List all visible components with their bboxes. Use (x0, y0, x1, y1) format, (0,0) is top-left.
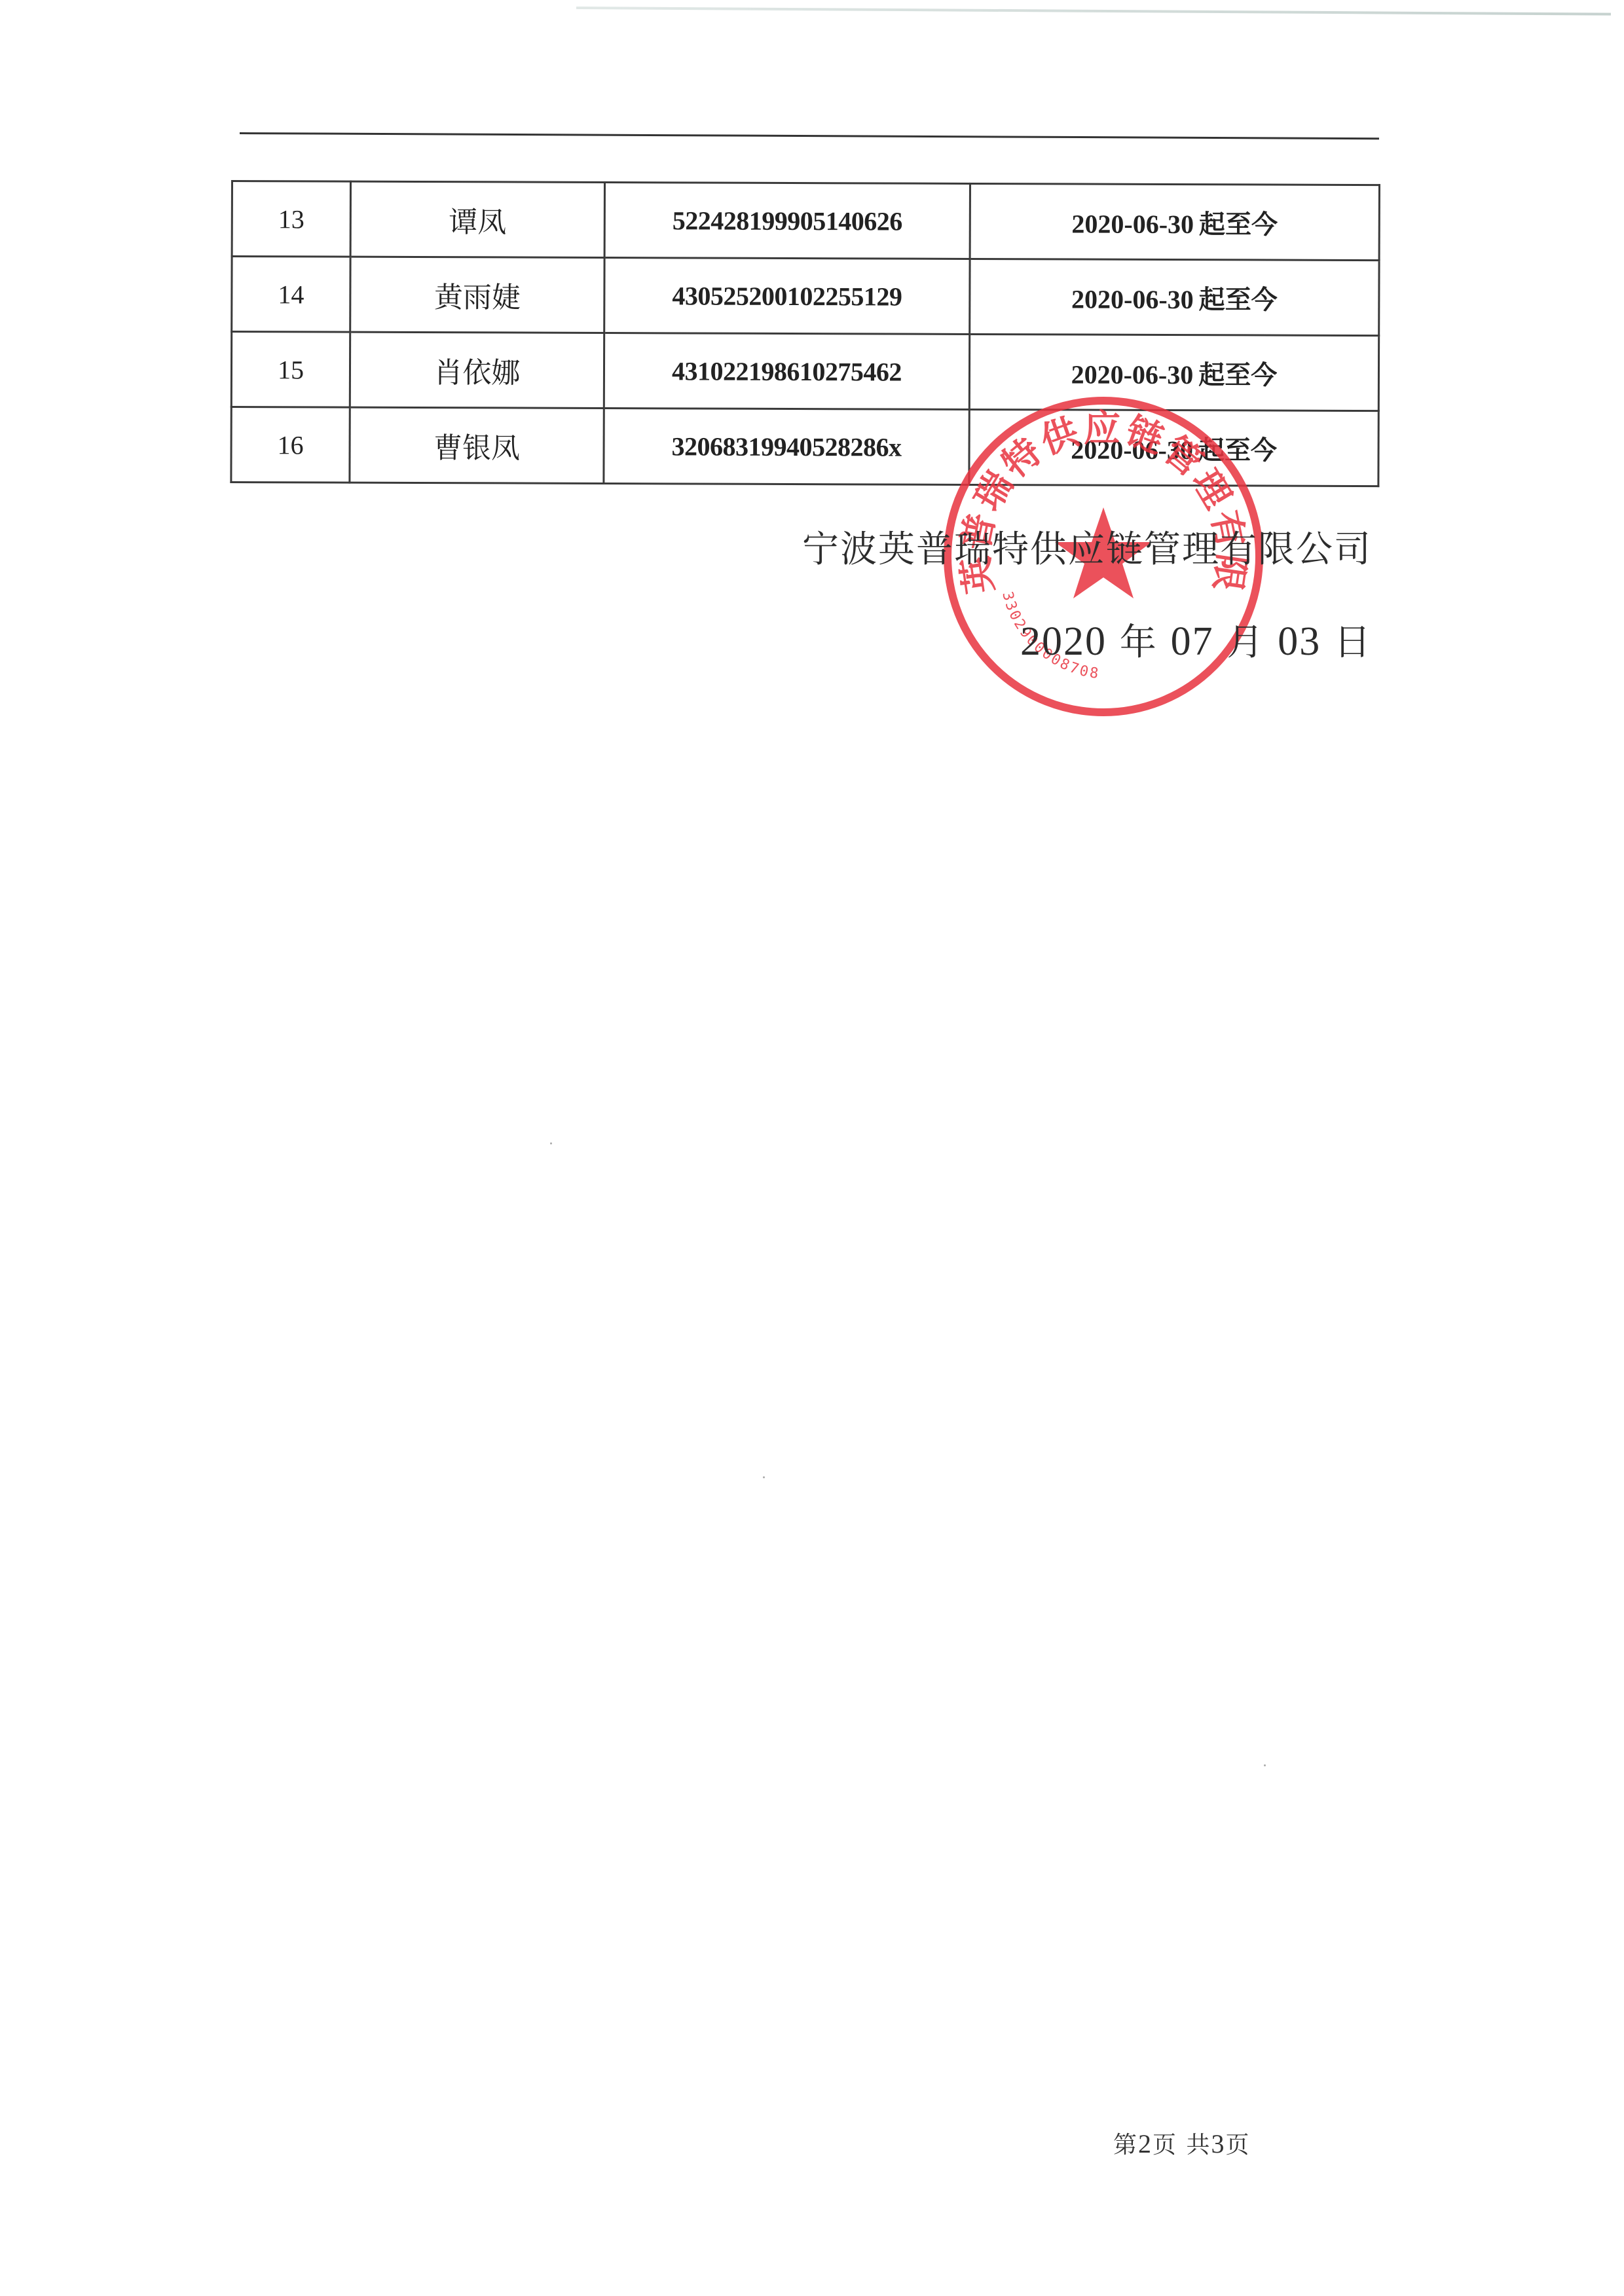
period-suffix: 起至今 (1199, 285, 1278, 315)
employee-name: 曹银凤 (350, 407, 604, 483)
scan-speck (1264, 1764, 1266, 1766)
employee-name: 肖依娜 (350, 332, 604, 408)
signature-date: 2020 年 07 月 03 日 (802, 613, 1372, 666)
scan-speck (763, 1476, 765, 1478)
period-date: 2020-06-30 (1071, 284, 1194, 314)
period-suffix: 起至今 (1199, 210, 1278, 240)
date-year-label: 年 (1120, 621, 1158, 664)
table-row: 13 谭凤 522428199905140626 2020-06-30起至今 (232, 181, 1379, 261)
period-date: 2020-06-30 (1071, 209, 1194, 239)
roster-table: 13 谭凤 522428199905140626 2020-06-30起至今 1… (230, 180, 1380, 487)
employment-period: 2020-06-30起至今 (969, 409, 1378, 486)
scan-speck (550, 1142, 552, 1144)
row-number: 13 (232, 181, 350, 257)
page-number: 2 (1138, 2129, 1153, 2159)
id-number: 522428199905140626 (604, 182, 970, 259)
date-year: 2020 (1020, 619, 1107, 664)
row-number: 15 (231, 332, 350, 408)
date-month-label: 月 (1227, 621, 1264, 664)
company-name: 宁波英普瑞特供应链管理有限公司 (802, 520, 1372, 573)
page-label: 页 (1153, 2132, 1177, 2159)
row-number: 14 (232, 257, 350, 333)
employee-name: 黄雨婕 (350, 257, 604, 333)
header-rule (240, 132, 1379, 139)
signature-block: 宁波英普瑞特供应链管理有限公司 2020 年 07 月 03 日 (802, 520, 1372, 666)
id-number: 431022198610275462 (604, 333, 969, 409)
row-number: 16 (231, 407, 350, 483)
table-row: 16 曹银凤 32068319940528286x 2020-06-30起至今 (231, 407, 1378, 486)
employee-name: 谭凤 (350, 181, 604, 257)
employment-period: 2020-06-30起至今 (970, 183, 1379, 260)
date-day: 03 (1278, 619, 1321, 664)
employment-period: 2020-06-30起至今 (969, 334, 1378, 410)
total-prefix: 共 (1186, 2132, 1211, 2159)
period-date: 2020-06-30 (1071, 359, 1194, 390)
page-footer: 第2页 共3页 (1113, 2126, 1251, 2160)
roster-table-container: 13 谭凤 522428199905140626 2020-06-30起至今 1… (230, 180, 1380, 487)
date-month: 07 (1171, 619, 1214, 664)
total-label: 页 (1226, 2132, 1251, 2159)
table-row: 15 肖依娜 431022198610275462 2020-06-30起至今 (231, 332, 1378, 411)
employment-period: 2020-06-30起至今 (970, 259, 1379, 335)
date-day-label: 日 (1334, 621, 1372, 664)
period-suffix: 起至今 (1198, 360, 1277, 390)
id-number: 32068319940528286x (604, 408, 969, 484)
table-row: 14 黄雨婕 430525200102255129 2020-06-30起至今 (232, 257, 1379, 336)
total-pages: 3 (1211, 2129, 1226, 2159)
period-date: 2020-06-30 (1071, 435, 1193, 465)
footer-prefix: 第 (1113, 2132, 1138, 2159)
id-number: 430525200102255129 (604, 257, 970, 334)
scan-edge-artifact (576, 7, 1611, 16)
period-suffix: 起至今 (1198, 435, 1277, 465)
